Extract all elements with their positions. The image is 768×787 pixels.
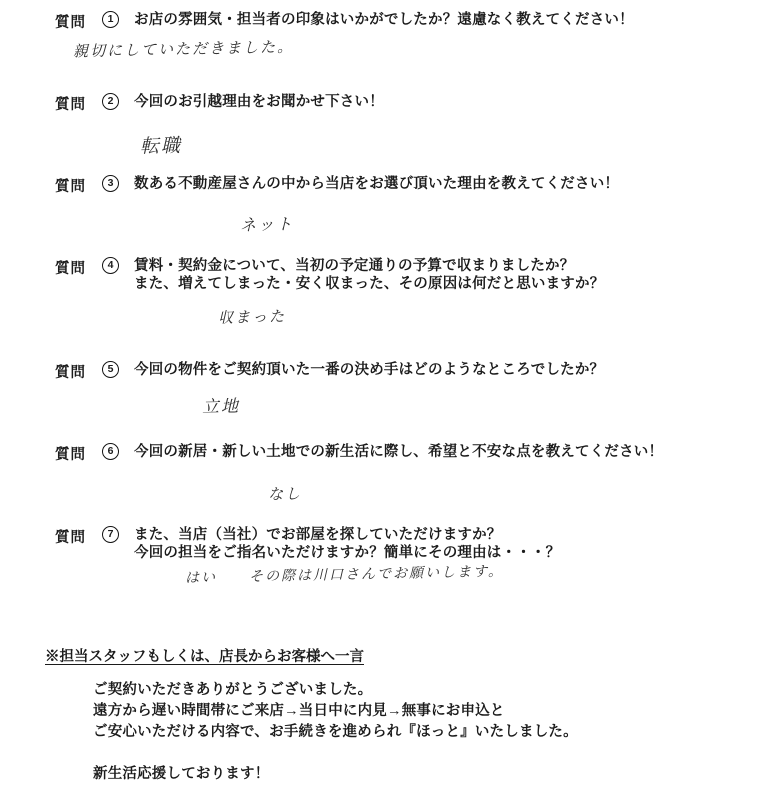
handwritten-answer: 転職 (140, 131, 183, 159)
footer-heading: ※担当スタッフもしくは、店長からお客様へ一言 (45, 645, 364, 666)
handwritten-answer: はい その際は川口さんでお願いします。 (185, 561, 504, 588)
question-row: 質問 3 数ある不動産屋さんの中から当店をお選び頂いた理由を教えてください！ (0, 175, 768, 196)
question-number: 4 (108, 260, 114, 271)
footer-message-line: ご契約いただきありがとうございました。 (93, 680, 578, 701)
footer-message: ご契約いただきありがとうございました。遠方から遅い時間帯にご来店→当日中に内見→… (93, 680, 578, 785)
handwritten-answer: 親切にしていただきました。 (73, 36, 294, 62)
question-number-circle-icon: 3 (102, 175, 119, 192)
footer-message-line: 遠方から遅い時間帯にご来店→当日中に内見→無事にお申込と (93, 701, 578, 722)
question-label: 質問 (55, 175, 86, 196)
question-label: 質問 (55, 257, 86, 278)
handwritten-answer: ネット (240, 211, 294, 235)
question-row: 質問 7 また、当店（当社）でお部屋を探していただけますか？今回の担当をご指名い… (0, 526, 768, 562)
question-number-circle-icon: 5 (102, 361, 119, 378)
question-text: 今回の新居・新しい土地での新生活に際し、希望と不安な点を教えてください！ (134, 443, 663, 461)
question-label: 質問 (55, 443, 86, 464)
question-number-circle-icon: 4 (102, 257, 119, 274)
handwritten-answer: 立地 (202, 392, 241, 418)
handwritten-answer: なし (268, 483, 302, 505)
question-number: 3 (108, 178, 114, 189)
question-block: 質問 6 今回の新居・新しい土地での新生活に際し、希望と不安な点を教えてください… (0, 443, 768, 464)
question-row: 質問 5 今回の物件をご契約頂いた一番の決め手はどのようなところでしたか？ (0, 361, 768, 382)
question-number-circle-icon: 2 (102, 93, 119, 110)
question-block: 質問 2 今回のお引越理由をお聞かせ下さい！ 転職 (0, 93, 768, 114)
question-label: 質問 (55, 11, 86, 32)
question-text: 今回のお引越理由をお聞かせ下さい！ (134, 93, 384, 111)
question-number: 7 (108, 529, 114, 540)
question-text: お店の雰囲気・担当者の印象はいかがでしたか？遠慮なく教えてください！ (134, 11, 634, 29)
question-row: 質問 2 今回のお引越理由をお聞かせ下さい！ (0, 93, 768, 114)
question-text: 賃料・契約金について、当初の予定通りの予算で収まりましたか？また、増えてしまった… (134, 257, 604, 293)
question-number-circle-icon: 6 (102, 443, 119, 460)
question-label: 質問 (55, 361, 86, 382)
question-label: 質問 (55, 93, 86, 114)
footer-message-line: ご安心いただける内容で、お手続きを進められ『ほっと』いたしました。 (93, 722, 578, 743)
question-number: 1 (108, 14, 114, 25)
question-number: 5 (108, 364, 114, 375)
question-text: 今回の物件をご契約頂いた一番の決め手はどのようなところでしたか？ (134, 361, 604, 379)
question-row: 質問 1 お店の雰囲気・担当者の印象はいかがでしたか？遠慮なく教えてください！ (0, 11, 768, 32)
question-number: 6 (108, 446, 114, 457)
question-number-circle-icon: 1 (102, 11, 119, 28)
question-number-circle-icon: 7 (102, 526, 119, 543)
questionnaire-page: 質問 1 お店の雰囲気・担当者の印象はいかがでしたか？遠慮なく教えてください！ … (0, 0, 768, 787)
footer-message-line (93, 743, 578, 764)
question-text: 数ある不動産屋さんの中から当店をお選び頂いた理由を教えてください！ (134, 175, 619, 193)
footer-message-line: 新生活応援しております！ (93, 764, 578, 785)
question-block: 質問 3 数ある不動産屋さんの中から当店をお選び頂いた理由を教えてください！ ネ… (0, 175, 768, 196)
question-text: また、当店（当社）でお部屋を探していただけますか？今回の担当をご指名いただけます… (134, 526, 560, 562)
question-number: 2 (108, 96, 114, 107)
question-row: 質問 6 今回の新居・新しい土地での新生活に際し、希望と不安な点を教えてください… (0, 443, 768, 464)
question-block: 質問 4 賃料・契約金について、当初の予定通りの予算で収まりましたか？また、増え… (0, 257, 768, 293)
question-block: 質問 1 お店の雰囲気・担当者の印象はいかがでしたか？遠慮なく教えてください！ … (0, 11, 768, 32)
handwritten-answer: 収まった (218, 305, 286, 327)
question-row: 質問 4 賃料・契約金について、当初の予定通りの予算で収まりましたか？また、増え… (0, 257, 768, 293)
question-block: 質問 7 また、当店（当社）でお部屋を探していただけますか？今回の担当をご指名い… (0, 526, 768, 562)
question-block: 質問 5 今回の物件をご契約頂いた一番の決め手はどのようなところでしたか？ 立地 (0, 361, 768, 382)
question-label: 質問 (55, 526, 86, 547)
